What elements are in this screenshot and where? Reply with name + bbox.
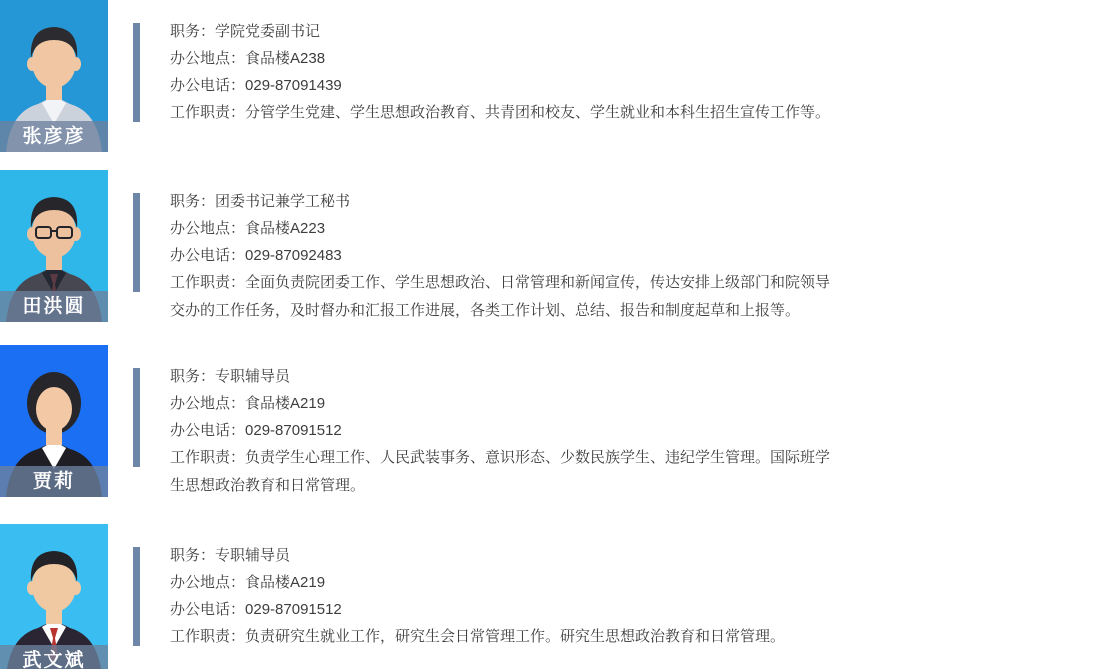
position-row: 职务：专职辅导员 [170,542,832,569]
staff-name-badge: 贾莉 [0,466,108,497]
staff-name-badge: 田洪圆 [0,291,108,322]
duty-row: 工作职责：全面负责院团委工作、学生思想政治、日常管理和新闻宣传，传达安排上级部门… [170,269,832,325]
phone-label: 办公电话： [170,422,245,439]
office-value: 食品楼A219 [245,395,325,412]
accent-bar [133,23,140,122]
position-label: 职务： [170,193,215,210]
position-row: 职务：专职辅导员 [170,363,832,390]
accent-bar [133,193,140,292]
position-value: 专职辅导员 [215,368,290,385]
office-label: 办公地点： [170,220,245,237]
position-value: 专职辅导员 [215,547,290,564]
position-label: 职务： [170,23,215,40]
phone-label: 办公电话： [170,601,245,618]
duty-row: 工作职责：负责研究生就业工作，研究生会日常管理工作。研究生思想政治教育和日常管理… [170,623,832,651]
duty-value: 分管学生党建、学生思想政治教育、共青团和校友、学生就业和本科生招生宣传工作等。 [245,104,830,121]
staff-photo: 贾莉 [0,345,108,497]
office-label: 办公地点： [170,50,245,67]
position-label: 职务： [170,368,215,385]
staff-card: 田洪圆 职务：团委书记兼学工秘书 办公地点：食品楼A223 办公电话：029-8… [0,170,1101,325]
position-value: 学院党委副书记 [215,23,320,40]
phone-value: 029-87091439 [245,77,342,94]
office-label: 办公地点： [170,395,245,412]
phone-row: 办公电话：029-87091512 [170,596,832,623]
duty-value: 全面负责院团委工作、学生思想政治、日常管理和新闻宣传，传达安排上级部门和院领导交… [170,274,830,319]
position-row: 职务：团委书记兼学工秘书 [170,188,832,215]
phone-value: 029-87091512 [245,422,342,439]
staff-card: 贾莉 职务：专职辅导员 办公地点：食品楼A219 办公电话：029-870915… [0,345,1101,500]
phone-row: 办公电话：029-87091439 [170,72,832,99]
staff-name-badge: 武文斌 [0,645,108,669]
staff-info: 职务：专职辅导员 办公地点：食品楼A219 办公电话：029-87091512 … [170,345,832,500]
accent-bar [133,368,140,467]
office-row: 办公地点：食品楼A238 [170,45,832,72]
phone-row: 办公电话：029-87092483 [170,242,832,269]
office-row: 办公地点：食品楼A223 [170,215,832,242]
duty-label: 工作职责： [170,628,245,645]
staff-info: 职务：专职辅导员 办公地点：食品楼A219 办公电话：029-87091512 … [170,524,832,651]
office-value: 食品楼A219 [245,574,325,591]
staff-name-badge: 张彦彦 [0,121,108,152]
position-row: 职务：学院党委副书记 [170,18,832,45]
duty-row: 工作职责：负责学生心理工作、人民武装事务、意识形态、少数民族学生、违纪学生管理。… [170,444,832,500]
office-row: 办公地点：食品楼A219 [170,569,832,596]
duty-label: 工作职责： [170,104,245,121]
position-label: 职务： [170,547,215,564]
phone-value: 029-87092483 [245,247,342,264]
phone-label: 办公电话： [170,77,245,94]
staff-directory-page: 张彦彦 职务：学院党委副书记 办公地点：食品楼A238 办公电话：029-870… [0,0,1101,669]
staff-photo: 田洪圆 [0,170,108,322]
duty-value: 负责研究生就业工作，研究生会日常管理工作。研究生思想政治教育和日常管理。 [245,628,785,645]
staff-photo: 张彦彦 [0,0,108,152]
phone-row: 办公电话：029-87091512 [170,417,832,444]
staff-card: 张彦彦 职务：学院党委副书记 办公地点：食品楼A238 办公电话：029-870… [0,0,1101,152]
accent-bar [133,547,140,646]
staff-card: 武文斌 职务：专职辅导员 办公地点：食品楼A219 办公电话：029-87091… [0,524,1101,669]
staff-info: 职务：团委书记兼学工秘书 办公地点：食品楼A223 办公电话：029-87092… [170,170,832,325]
position-value: 团委书记兼学工秘书 [215,193,350,210]
phone-label: 办公电话： [170,247,245,264]
duty-row: 工作职责：分管学生党建、学生思想政治教育、共青团和校友、学生就业和本科生招生宣传… [170,99,832,127]
office-row: 办公地点：食品楼A219 [170,390,832,417]
staff-photo: 武文斌 [0,524,108,669]
office-value: 食品楼A223 [245,220,325,237]
staff-info: 职务：学院党委副书记 办公地点：食品楼A238 办公电话：029-8709143… [170,0,832,127]
office-value: 食品楼A238 [245,50,325,67]
duty-label: 工作职责： [170,449,245,466]
phone-value: 029-87091512 [245,601,342,618]
duty-value: 负责学生心理工作、人民武装事务、意识形态、少数民族学生、违纪学生管理。国际班学生… [170,449,830,494]
duty-label: 工作职责： [170,274,245,291]
office-label: 办公地点： [170,574,245,591]
